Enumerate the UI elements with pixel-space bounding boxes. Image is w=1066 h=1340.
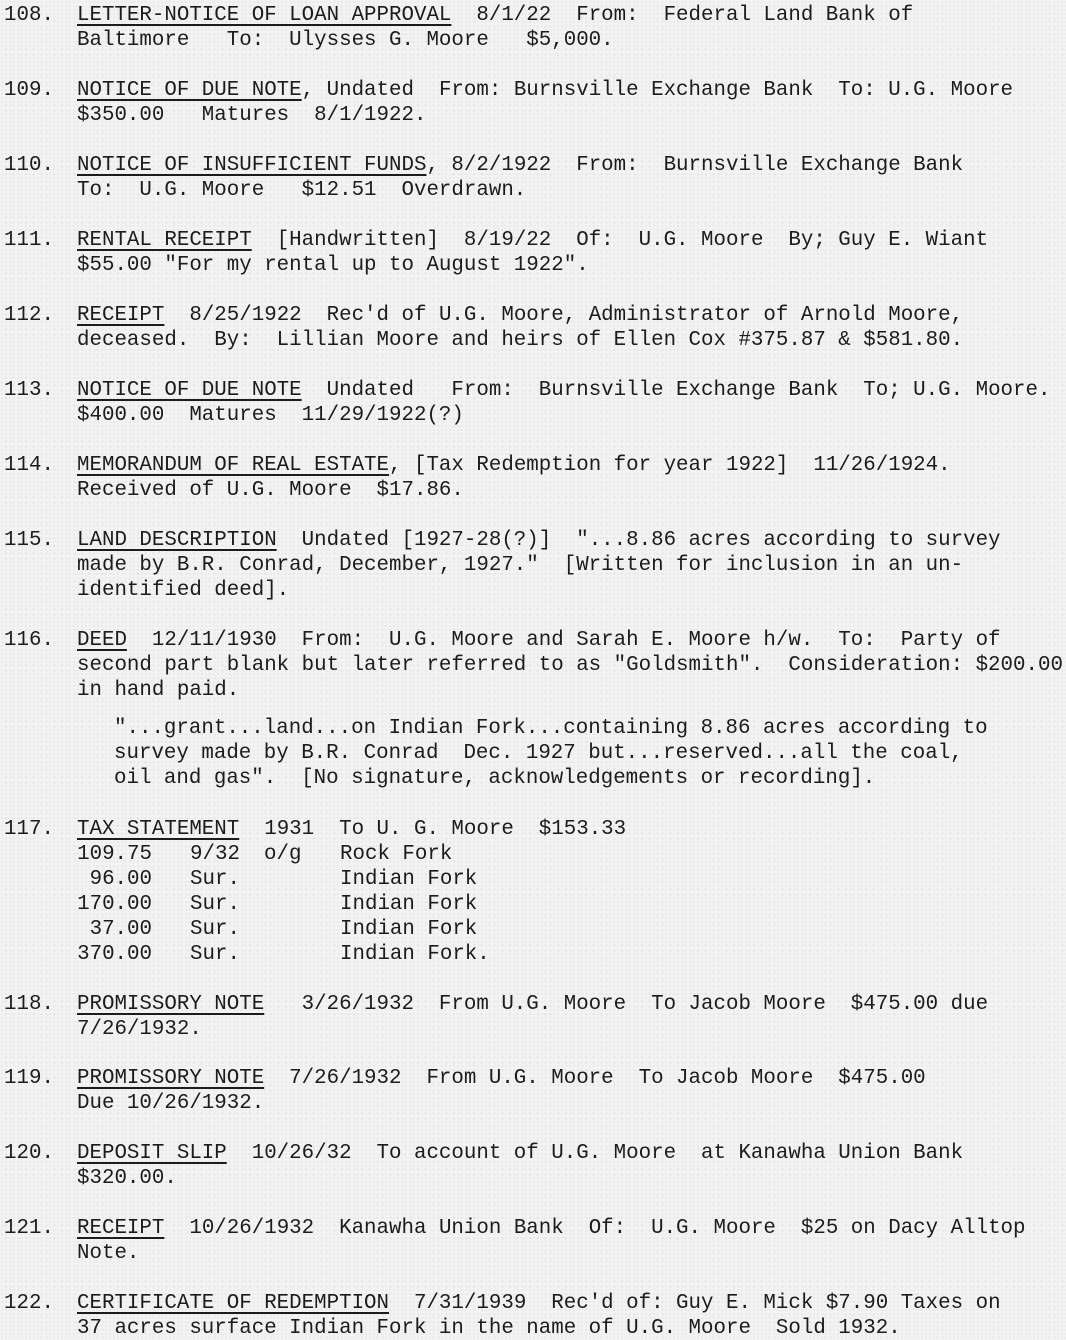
table-row: 37.00 Sur. Indian Fork	[77, 917, 152, 942]
entry-title: PROMISSORY NOTE	[77, 993, 264, 1016]
entry-title: DEED	[77, 629, 127, 652]
entry-text: deceased. By: Lillian Moore and heirs of…	[77, 328, 1066, 353]
tax-location: Indian Fork	[340, 917, 477, 942]
deed-quote: "...grant...land...on Indian Fork...cont…	[114, 716, 1064, 791]
entry-number: 109.	[4, 78, 54, 103]
entry-text: , 8/2/1922 From: Burnsville Exchange Ban…	[426, 154, 963, 177]
entry-text: 3/26/1932 From U.G. Moore To Jacob Moore…	[264, 993, 988, 1016]
entry-text: made by B.R. Conrad, December, 1927." [W…	[77, 553, 1066, 578]
entry-text: [Handwritten] 8/19/22 Of: U.G. Moore By;…	[252, 229, 988, 252]
entry-text: Received of U.G. Moore $17.86.	[77, 478, 1066, 503]
entry-text: Note.	[77, 1241, 1066, 1266]
tax-type: o/g	[264, 842, 301, 867]
entry-text: To: U.G. Moore $12.51 Overdrawn.	[77, 178, 1066, 203]
entry-text: , [Tax Redemption for year 1922] 11/26/1…	[389, 454, 951, 477]
entry-title: DEPOSIT SLIP	[77, 1142, 227, 1165]
entry-number: 116.	[4, 628, 54, 653]
entry-number: 111.	[4, 228, 54, 253]
tax-code: Sur.	[190, 892, 240, 917]
entry-text: $320.00.	[77, 1166, 1066, 1191]
entry-text: , Undated From: Burnsville Exchange Bank…	[302, 79, 1013, 102]
entry-number: 121.	[4, 1216, 54, 1241]
entry-title: NOTICE OF DUE NOTE	[77, 79, 302, 102]
entry-text: 37 acres surface Indian Fork in the name…	[77, 1316, 1066, 1340]
tax-code: Sur.	[190, 867, 240, 892]
tax-location: Indian Fork.	[340, 942, 490, 967]
entry-title: TAX STATEMENT	[77, 818, 239, 841]
entry-text: 8/25/1922 Rec'd of U.G. Moore, Administr…	[164, 304, 963, 327]
entry-number: 118.	[4, 992, 54, 1017]
quote-line: "...grant...land...on Indian Fork...cont…	[114, 716, 1064, 741]
table-row: 170.00 Sur. Indian Fork	[77, 892, 152, 917]
entry-title: RENTAL RECEIPT	[77, 229, 252, 252]
entry-title: MEMORANDUM OF REAL ESTATE	[77, 454, 389, 477]
entry-text: 10/26/1932 Kanawha Union Bank Of: U.G. M…	[164, 1217, 1025, 1240]
tax-code: Sur.	[190, 942, 240, 967]
entry-title: RECEIPT	[77, 1217, 164, 1240]
entry-number: 114.	[4, 453, 54, 478]
entry-text: Baltimore To: Ulysses G. Moore $5,000.	[77, 28, 1066, 53]
entry-number: 117.	[4, 817, 54, 842]
entry-text: 12/11/1930 From: U.G. Moore and Sarah E.…	[127, 629, 1001, 652]
entry-text: 1931 To U. G. Moore $153.33	[239, 818, 626, 841]
tax-amount: 109.75	[77, 842, 152, 867]
entry-text: 10/26/32 To account of U.G. Moore at Kan…	[227, 1142, 963, 1165]
entry-text: 7/31/1939 Rec'd of: Guy E. Mick $7.90 Ta…	[389, 1292, 1001, 1315]
tax-location: Indian Fork	[340, 892, 477, 917]
tax-location: Indian Fork	[340, 867, 477, 892]
table-row: 370.00 Sur. Indian Fork.	[77, 942, 152, 967]
tax-amount: 96.00	[77, 867, 152, 892]
entry-text: 7/26/1932 From U.G. Moore To Jacob Moore…	[264, 1067, 925, 1090]
entry-number: 113.	[4, 378, 54, 403]
entry-text: 8/1/22 From: Federal Land Bank of	[451, 4, 913, 27]
entry-title: LETTER-NOTICE OF LOAN APPROVAL	[77, 4, 451, 27]
entry-text: Undated From: Burnsville Exchange Bank T…	[302, 379, 1051, 402]
entry-text: $350.00 Matures 8/1/1922.	[77, 103, 1066, 128]
tax-amount: 170.00	[77, 892, 152, 917]
quote-line: survey made by B.R. Conrad Dec. 1927 but…	[114, 741, 1064, 766]
entry-number: 108.	[4, 3, 54, 28]
entry-number: 112.	[4, 303, 54, 328]
quote-line: oil and gas". [No signature, acknowledge…	[114, 766, 1064, 791]
entry-title: LAND DESCRIPTION	[77, 529, 277, 552]
tax-code: 9/32	[190, 842, 240, 867]
entry-number: 122.	[4, 1291, 54, 1316]
table-row: 96.00 Sur. Indian Fork	[77, 867, 152, 892]
entry-text: $400.00 Matures 11/29/1922(?)	[77, 403, 1066, 428]
entry-text: identified deed].	[77, 578, 1066, 603]
tax-code: Sur.	[190, 917, 240, 942]
table-row: 109.75 9/32 o/g Rock Fork	[77, 842, 152, 867]
entry-text: 7/26/1932.	[77, 1017, 1066, 1042]
entry-number: 110.	[4, 153, 54, 178]
tax-amount: 370.00	[77, 942, 152, 967]
entry-title: NOTICE OF INSUFFICIENT FUNDS	[77, 154, 426, 177]
tax-location: Rock Fork	[340, 842, 452, 867]
entry-title: NOTICE OF DUE NOTE	[77, 379, 302, 402]
entry-text: in hand paid.	[77, 678, 1066, 703]
entry-text: $55.00 "For my rental up to August 1922"…	[77, 253, 1066, 278]
entry-title: RECEIPT	[77, 304, 164, 327]
entry-title: PROMISSORY NOTE	[77, 1067, 264, 1090]
entry-number: 115.	[4, 528, 54, 553]
tax-amount: 37.00	[77, 917, 152, 942]
entry-text: second part blank but later referred to …	[77, 653, 1066, 678]
tax-statement-table: 109.75 9/32 o/g Rock Fork 96.00 Sur. Ind…	[77, 842, 152, 967]
entry-text: Due 10/26/1932.	[77, 1091, 1066, 1116]
entry-title: CERTIFICATE OF REDEMPTION	[77, 1292, 389, 1315]
entry-text: Undated [1927-28(?)] "...8.86 acres acco…	[277, 529, 1001, 552]
entry-number: 119.	[4, 1066, 54, 1091]
entry-number: 120.	[4, 1141, 54, 1166]
